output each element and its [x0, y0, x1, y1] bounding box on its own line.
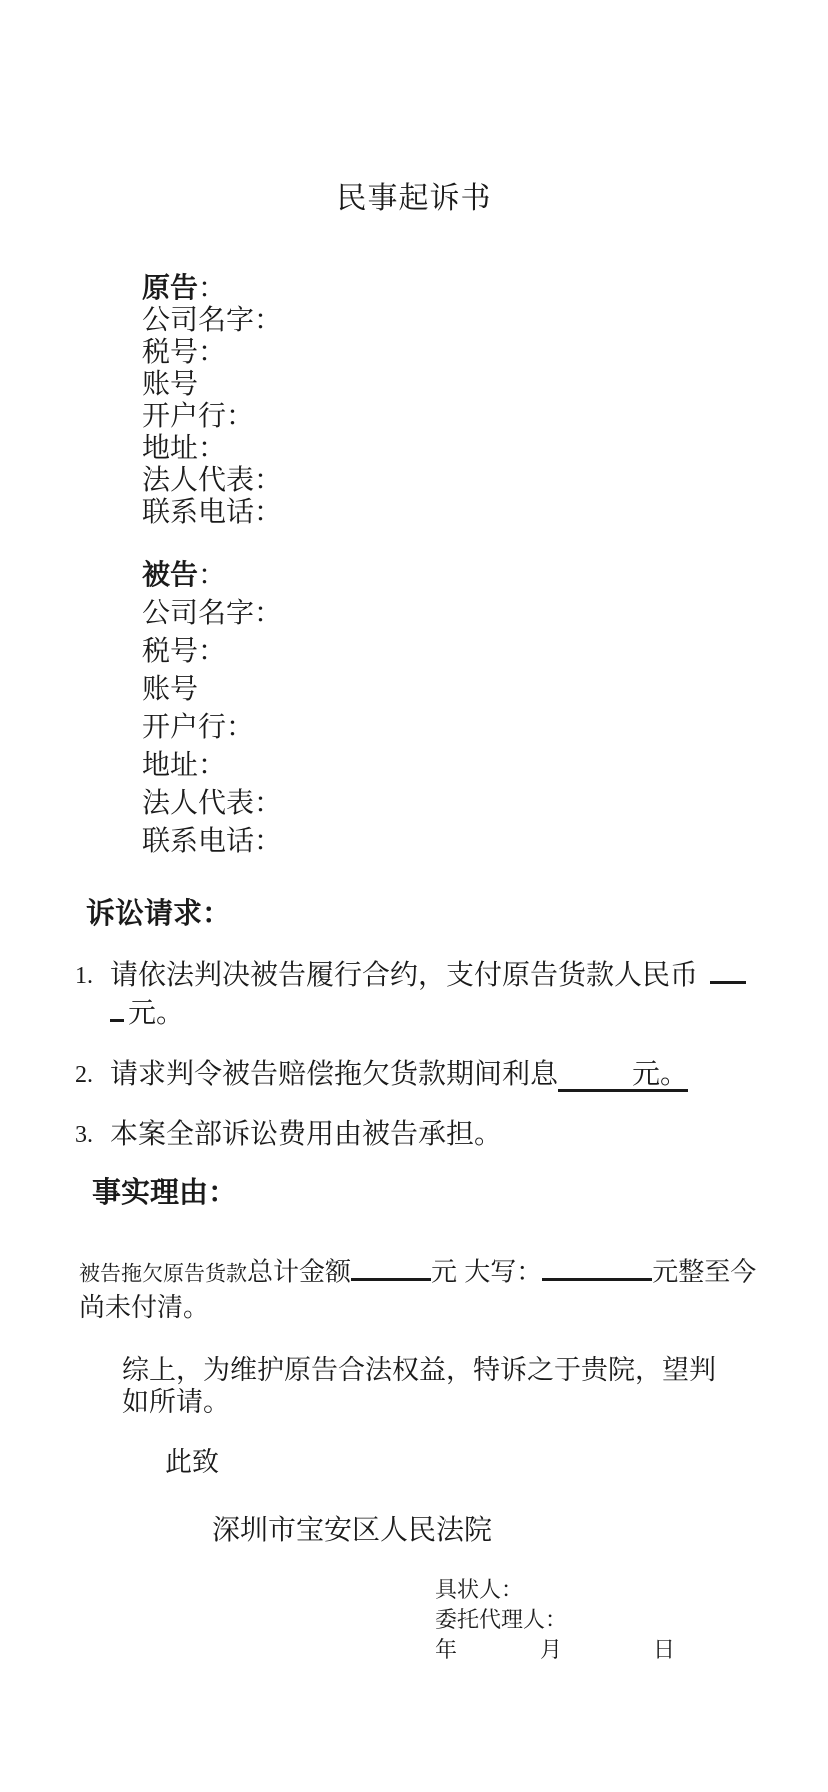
claim-item-2-number: 2.: [75, 1058, 93, 1092]
plaintiff-field-tax-number: 税号：: [142, 336, 828, 368]
facts-paragraph: 被告拖欠原告货款总计金额元 大写：元整至今 尚未付清。: [79, 1254, 788, 1322]
plaintiff-colon: ：: [198, 272, 226, 303]
complaint-document-page: 民事起诉书 原告： 公司名字： 税号： 账号 开户行： 地址： 法人代表： 联系…: [0, 0, 828, 1792]
defendant-section: 被告： 公司名字： 税号： 账号 开户行： 地址： 法人代表： 联系电话：: [142, 556, 828, 860]
claim-item-3-number: 3.: [75, 1118, 93, 1152]
plaintiff-field-company-name: 公司名字：: [142, 304, 828, 336]
facts-heading: 事实理由：: [92, 1175, 828, 1211]
facts-caps-suffix: 元整至今: [652, 1257, 756, 1287]
facts-intro: 被告拖欠原告货款: [79, 1263, 247, 1286]
defendant-label: 被告: [142, 559, 198, 590]
fill-in-blank-underline: [710, 956, 746, 984]
facts-line2: 尚未付清。: [79, 1292, 209, 1322]
fill-in-blank-underline: [351, 1254, 431, 1280]
facts-unit-caps: 元 大写：: [431, 1257, 542, 1287]
summary-line2: 如所请。: [122, 1387, 230, 1417]
claim-item-1-number: 1.: [75, 959, 93, 993]
plaintiff-heading: 原告：: [142, 272, 828, 304]
claim-item-2: 2.请求判令被告赔偿拖欠货款期间利息元。: [110, 1055, 768, 1093]
defendant-field-contact-phone: 联系电话：: [142, 822, 828, 860]
defendant-heading: 被告：: [142, 556, 828, 594]
year-label: 年: [435, 1637, 457, 1662]
plaintiff-field-address: 地址：: [142, 432, 828, 464]
facts-amount-label: 总计金额: [247, 1257, 351, 1287]
plaintiff-field-account-number: 账号: [142, 368, 828, 400]
claim-item-3: 3.本案全部诉讼费用由被告承担。: [110, 1115, 768, 1153]
summary-line1: 综上，为维护原告合法权益，特诉之于贵院，望判: [122, 1355, 716, 1385]
plaintiff-section: 原告： 公司名字： 税号： 账号 开户行： 地址： 法人代表： 联系电话：: [142, 272, 828, 528]
fill-in-blank-underline: [110, 994, 124, 1022]
claim-item-1-suffix: 元。: [128, 997, 184, 1028]
claim-item-2-text: 请求判令被告赔偿拖欠货款期间利息: [110, 1058, 558, 1089]
claim-item-1: 1.请依法判决被告履行合约，支付原告货款人民币 元。: [110, 956, 768, 1032]
defendant-field-account-number: 账号: [142, 670, 828, 708]
summary-paragraph: 综上，为维护原告合法权益，特诉之于贵院，望判 如所请。: [122, 1354, 828, 1418]
claims-heading: 诉讼请求：: [86, 896, 828, 932]
petitioner-line: 具状人：: [435, 1575, 828, 1605]
defendant-field-company-name: 公司名字：: [142, 594, 828, 632]
defendant-field-legal-representative: 法人代表：: [142, 784, 828, 822]
plaintiff-label: 原告: [142, 272, 198, 303]
claim-item-2-suffix: 元。: [632, 1058, 688, 1089]
plaintiff-field-legal-representative: 法人代表：: [142, 464, 828, 496]
document-title: 民事起诉书: [0, 182, 828, 216]
claim-item-3-text: 本案全部诉讼费用由被告承担。: [110, 1118, 502, 1149]
plaintiff-field-contact-phone: 联系电话：: [142, 496, 828, 528]
day-label: 日: [653, 1637, 675, 1662]
signature-block: 具状人： 委托代理人： 年月日: [435, 1575, 828, 1665]
defendant-colon: ：: [198, 559, 226, 590]
plaintiff-field-bank: 开户行：: [142, 400, 828, 432]
month-label: 月: [540, 1637, 562, 1662]
salute-line: 此致: [165, 1446, 828, 1479]
fill-in-blank-underline: [542, 1254, 652, 1280]
fill-in-blank-underline: 元。: [558, 1058, 688, 1092]
defendant-field-address: 地址：: [142, 746, 828, 784]
claim-item-1-text: 请依法判决被告履行合约，支付原告货款人民币: [110, 959, 698, 990]
defendant-field-tax-number: 税号：: [142, 632, 828, 670]
court-name-line: 深圳市宝安区人民法院: [212, 1513, 828, 1546]
agent-line: 委托代理人：: [435, 1605, 828, 1635]
defendant-field-bank: 开户行：: [142, 708, 828, 746]
date-line: 年月日: [435, 1635, 828, 1665]
